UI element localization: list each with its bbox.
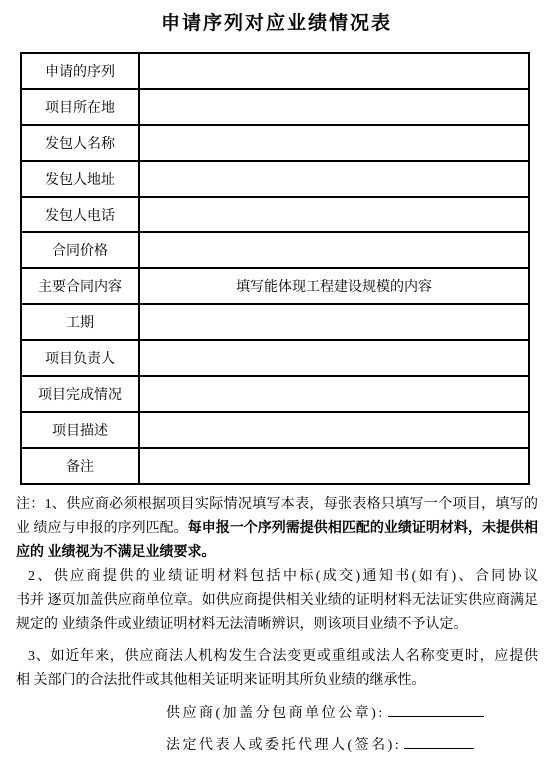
note-line: 3、如近年来，供应商法人机构发生合法变更或重组或法人名称变更时，应提供	[16, 645, 538, 669]
note-text: 书并 逐页加盖供应商单位章。如供应商提供相关业绩的证明材料无法证实供应商满足	[16, 593, 538, 608]
row-value-cell	[139, 161, 529, 197]
note-line: 应的 业绩视为不满足业绩要求。	[16, 541, 538, 565]
document-page: 申请序列对应业绩情况表 申请的序列 项目所在地 发包人名称 发包人地址 发包人电…	[0, 8, 553, 777]
table-row: 合同价格	[21, 232, 529, 268]
row-value-cell	[139, 412, 529, 448]
representative-signature-underline	[404, 734, 474, 749]
note-text: 注：1、供应商必须根据项目实际情况填写本表，每张表格只填写一个项目，填写的	[16, 497, 538, 512]
notes-section: 注：1、供应商必须根据项目实际情况填写本表，每张表格只填写一个项目，填写的 业 …	[16, 493, 538, 693]
note-text: 业 绩应与申报的序列匹配。	[16, 521, 188, 536]
note-line: 2、供应商提供的业绩证明材料包括中标(成交)通知书(如有)、合同协议	[16, 565, 538, 589]
page-title: 申请序列对应业绩情况表	[0, 8, 553, 35]
row-label: 合同价格	[21, 232, 139, 268]
supplier-signature-label: 供应商(加盖分包商单位公章):	[166, 706, 385, 721]
row-label: 发包人名称	[21, 125, 139, 161]
representative-signature-label: 法定代表人或委托代理人(签名):	[166, 738, 401, 753]
performance-table: 申请的序列 项目所在地 发包人名称 发包人地址 发包人电话 合同价格	[20, 52, 530, 485]
row-value-cell	[139, 448, 529, 484]
note-text: 规定的 业绩条件或业绩证明材料无法清晰辨识，则该项目业绩不予认定。	[16, 617, 468, 632]
note-text-bold: 应的 业绩视为不满足业绩要求。	[16, 545, 216, 560]
row-label: 主要合同内容	[21, 268, 139, 304]
table-row: 发包人名称	[21, 125, 529, 161]
row-value-cell	[139, 232, 529, 268]
row-label: 工期	[21, 304, 139, 340]
row-label: 项目完成情况	[21, 376, 139, 412]
note-text: 相 关部门的合法批件或其他相关证明来证明其所负业绩的继承性。	[16, 673, 426, 688]
note-text: 3、如近年来，供应商法人机构发生合法变更或重组或法人名称变更时，应提供	[28, 649, 538, 664]
row-value-cell	[139, 53, 529, 89]
signature-section: 供应商(加盖分包商单位公章): 法定代表人或委托代理人(签名):	[166, 702, 553, 755]
table-row: 申请的序列	[21, 53, 529, 89]
table-row: 项目所在地	[21, 89, 529, 125]
table-row: 项目描述	[21, 412, 529, 448]
note-text-bold: 每申报一个序列需提供相匹配的业绩证明材料，未提供相	[188, 521, 538, 536]
row-value-cell	[139, 340, 529, 376]
table-row: 项目负责人	[21, 340, 529, 376]
row-value-cell	[139, 304, 529, 340]
row-label: 发包人电话	[21, 197, 139, 233]
note-line: 相 关部门的合法批件或其他相关证明来证明其所负业绩的继承性。	[16, 669, 538, 693]
row-value-cell	[139, 197, 529, 233]
table-row: 发包人电话	[21, 197, 529, 233]
row-label: 备注	[21, 448, 139, 484]
table-row: 工期	[21, 304, 529, 340]
row-label: 申请的序列	[21, 53, 139, 89]
row-label: 项目描述	[21, 412, 139, 448]
supplier-signature-underline	[388, 702, 484, 717]
note-text: 2、供应商提供的业绩证明材料包括中标(成交)通知书(如有)、合同协议	[28, 569, 538, 584]
representative-signature-line: 法定代表人或委托代理人(签名):	[166, 734, 553, 755]
table-row: 项目完成情况	[21, 376, 529, 412]
table-row: 发包人地址	[21, 161, 529, 197]
row-value-cell	[139, 89, 529, 125]
row-value-cell	[139, 376, 529, 412]
note-line: 注：1、供应商必须根据项目实际情况填写本表，每张表格只填写一个项目，填写的	[16, 493, 538, 517]
row-value-cell	[139, 125, 529, 161]
table-row: 主要合同内容 填写能体现工程建设规模的内容	[21, 268, 529, 304]
supplier-signature-line: 供应商(加盖分包商单位公章):	[166, 702, 553, 723]
row-label: 发包人地址	[21, 161, 139, 197]
row-value-cell: 填写能体现工程建设规模的内容	[139, 268, 529, 304]
note-line: 书并 逐页加盖供应商单位章。如供应商提供相关业绩的证明材料无法证实供应商满足	[16, 589, 538, 613]
row-label: 项目所在地	[21, 89, 139, 125]
note-line: 规定的 业绩条件或业绩证明材料无法清晰辨识，则该项目业绩不予认定。	[16, 613, 538, 637]
note-line: 业 绩应与申报的序列匹配。每申报一个序列需提供相匹配的业绩证明材料，未提供相	[16, 517, 538, 541]
table-row: 备注	[21, 448, 529, 484]
row-label: 项目负责人	[21, 340, 139, 376]
